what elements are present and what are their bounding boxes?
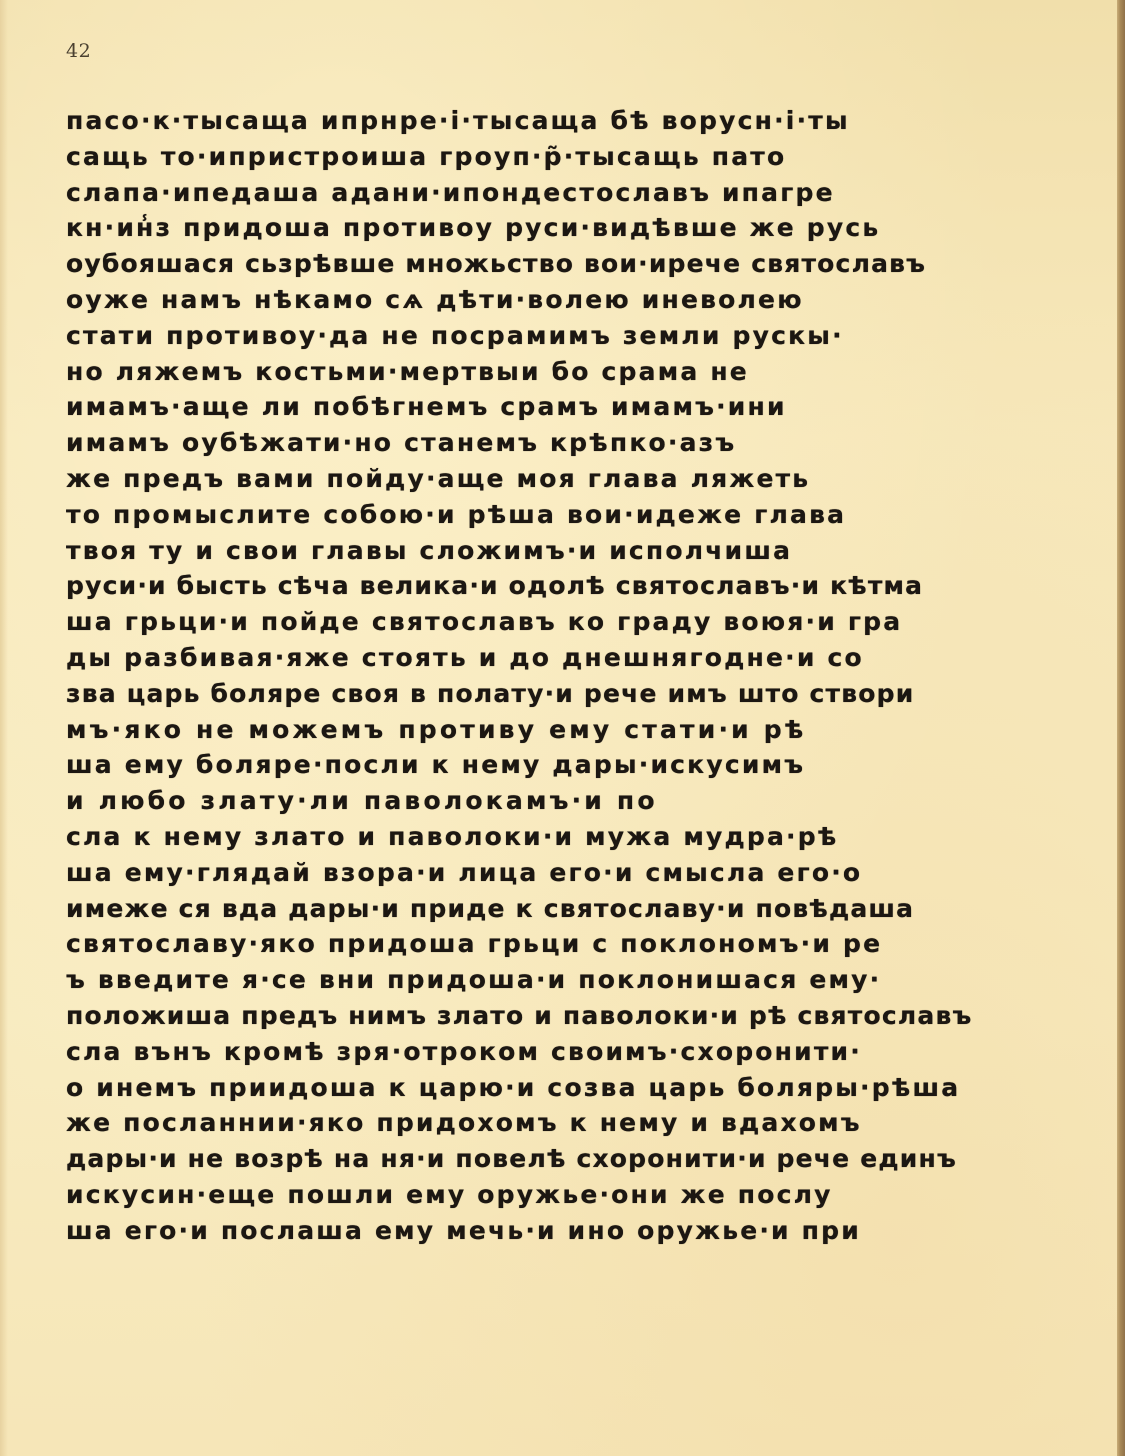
manuscript-line: зва царь боляре своя в полату·и рече имъ… bbox=[66, 676, 1106, 712]
page-number: 42 bbox=[66, 40, 91, 62]
manuscript-line: и любо злату·ли паволокамъ·и по bbox=[66, 783, 1106, 819]
manuscript-line: то промыслите собою·и рѣша вои·идеже гла… bbox=[66, 497, 1106, 533]
page-left-edge bbox=[0, 0, 8, 1456]
manuscript-line: ша ему·глядай взора·и лица его·и смысла … bbox=[66, 855, 1106, 891]
manuscript-line: оуже намъ нѣкамо сѧ дѣти·волею иневолею bbox=[66, 282, 1106, 318]
manuscript-line: ды разбивая·яже стоять и до днешнягодне·… bbox=[66, 640, 1106, 676]
manuscript-line: имамъ оубѣжати·но станемъ крѣпко·азъ bbox=[66, 425, 1106, 461]
page-spine-edge bbox=[1117, 0, 1125, 1456]
manuscript-line: сащь то·ипристроиша гроуп·р̃·тысащь пато bbox=[66, 139, 1106, 175]
manuscript-line: руси·и бысть сѣча велика·и одолѣ святосл… bbox=[66, 568, 1106, 604]
manuscript-line: слапа·ипедаша адани·ипондестославъ ипагр… bbox=[66, 175, 1106, 211]
manuscript-line: имамъ·аще ли побѣгнемъ срамъ имамъ·ини bbox=[66, 389, 1106, 425]
manuscript-line: имеже ся вда дары·и приде к святославу·и… bbox=[66, 891, 1106, 927]
manuscript-line: но ляжемъ костьми·мертвыи бо срама не bbox=[66, 354, 1106, 390]
manuscript-line: же посланнии·яко придохомъ к нему и вдах… bbox=[66, 1105, 1106, 1141]
manuscript-line: же предъ вами пойду·аще моя глава ляжеть bbox=[66, 461, 1106, 497]
manuscript-page: 42 пасо·к·тысаща ипрнре·і·тысаща бѣ вору… bbox=[0, 0, 1125, 1456]
manuscript-line: дары·и не возрѣ на ня·и повелѣ схоронити… bbox=[66, 1141, 1106, 1177]
manuscript-line: ша ему боляре·посли к нему дары·искусимъ bbox=[66, 747, 1106, 783]
manuscript-line: положиша предъ нимъ злато и паволоки·и р… bbox=[66, 998, 1106, 1034]
manuscript-line: ша грьци·и пойде святославъ ко граду вою… bbox=[66, 604, 1106, 640]
manuscript-line: сла вънъ кромѣ зря·отроком своимъ·схорон… bbox=[66, 1034, 1106, 1070]
manuscript-line: о инемъ приидоша к царю·и созва царь бол… bbox=[66, 1070, 1106, 1106]
manuscript-line: сла к нему злато и паволоки·и мужа мудра… bbox=[66, 819, 1106, 855]
manuscript-text-block: пасо·к·тысаща ипрнре·і·тысаща бѣ ворусн·… bbox=[66, 103, 1106, 1249]
manuscript-line: твоя ту и свои главы сложимъ·и исполчиша bbox=[66, 533, 1106, 569]
manuscript-line: оубояшася сьзрѣвше множьство вои·ирече с… bbox=[66, 246, 1106, 282]
manuscript-line: искусин·еще пошли ему оружье·они же посл… bbox=[66, 1177, 1106, 1213]
manuscript-line: мъ·яко не можемъ противу ему стати·и рѣ bbox=[66, 712, 1106, 748]
manuscript-line: ша его·и послаша ему мечь·и ино оружье·и… bbox=[66, 1213, 1106, 1249]
manuscript-line: святославу·яко придоша грьци с поклономъ… bbox=[66, 926, 1106, 962]
manuscript-line: пасо·к·тысаща ипрнре·і·тысаща бѣ ворусн·… bbox=[66, 103, 1106, 139]
manuscript-line: ъ введите я·се вни придоша·и поклонишася… bbox=[66, 962, 1106, 998]
manuscript-line: кн·ин̾з придоша противоу руси·видѣвше же… bbox=[66, 210, 1106, 246]
manuscript-line: стати противоу·да не посрамимъ земли рус… bbox=[66, 318, 1106, 354]
